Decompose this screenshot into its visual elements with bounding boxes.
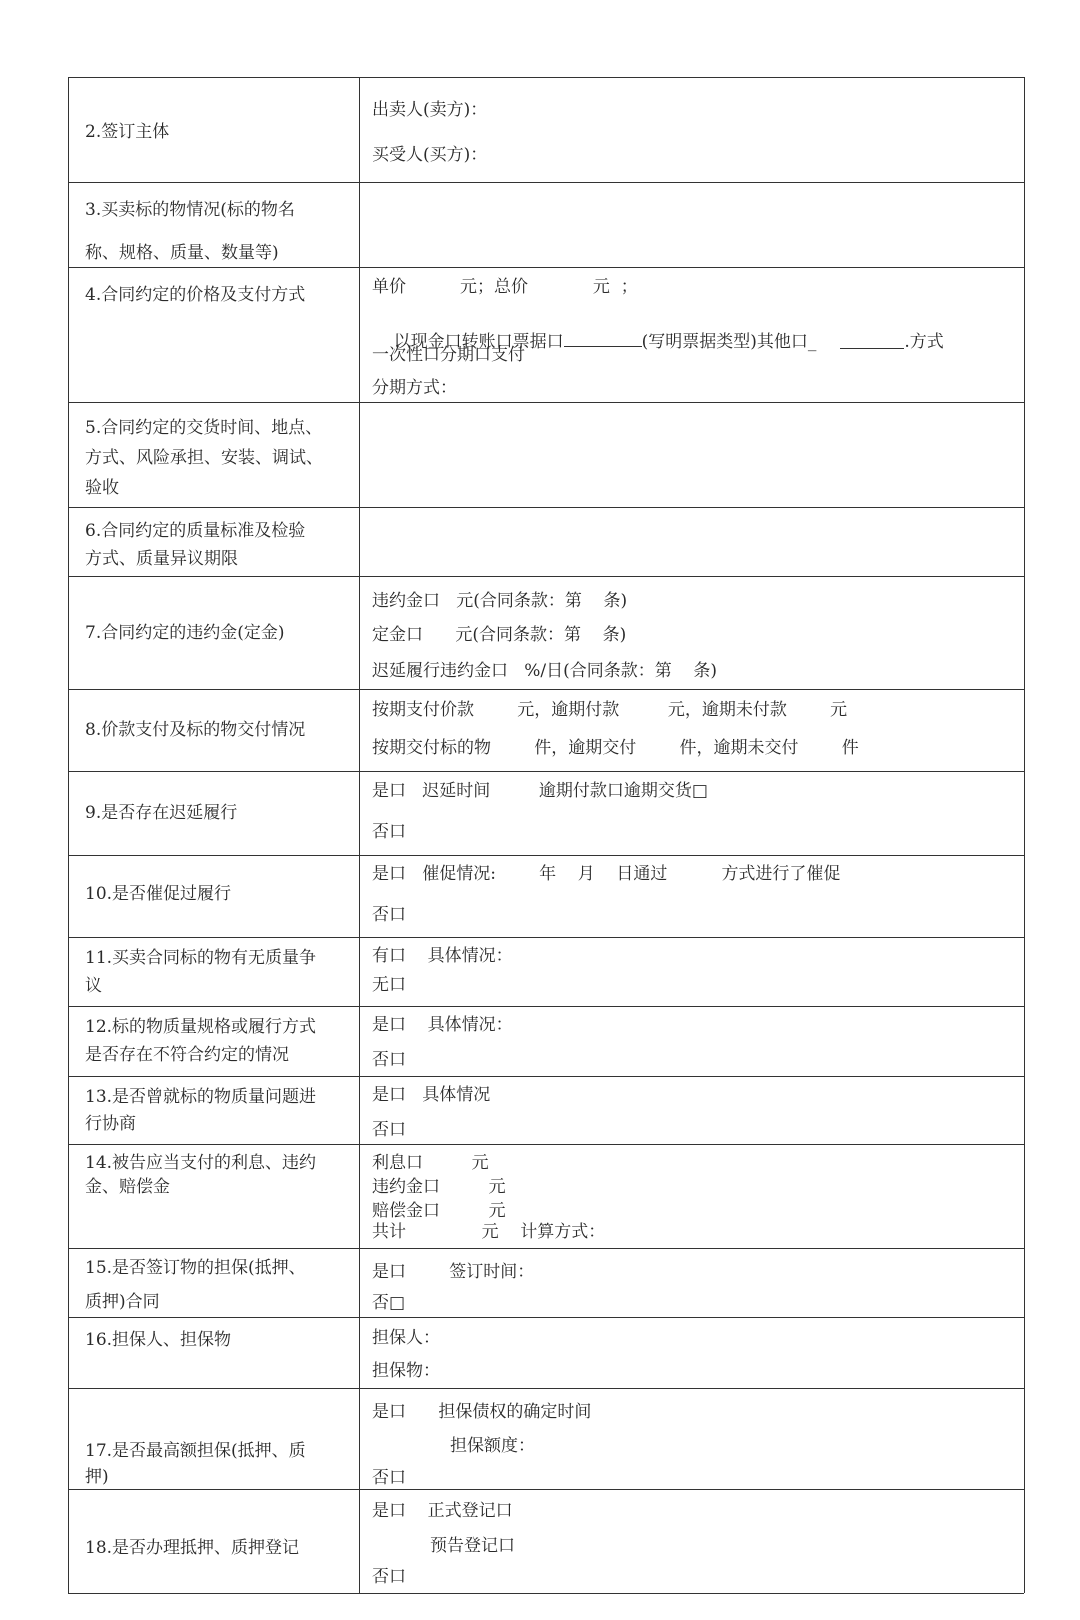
guarantee-yes-option[interactable]: 是口 签订时间： (372, 1262, 534, 1282)
negotiation-no-option[interactable]: 否口 (372, 1120, 406, 1140)
row-label: 称、规格、质量、数量等) (85, 243, 279, 263)
delivery-status-line[interactable]: 按期交付标的物 件，逾期交付 件，逾期未交付 件 (372, 738, 859, 758)
form-page: 2.签订主体 出卖人(卖方)： 买受人(买方)： 3.买卖标的物情况(标的物名 … (0, 0, 1080, 1620)
row-label: 11.买卖合同标的物有无质量争 (85, 948, 316, 968)
row-label: 验收 (85, 478, 119, 498)
bill-type-blank[interactable] (564, 330, 642, 347)
penalty-amount-line[interactable]: 违约金口 元 (372, 1177, 506, 1197)
row-label: 16.担保人、担保物 (85, 1330, 231, 1350)
row-divider (68, 771, 1024, 772)
row-label: 金、赔偿金 (85, 1177, 170, 1197)
row-label: 8.价款支付及标的物交付情况 (85, 720, 305, 740)
row-label: 3.买卖标的物情况(标的物名 (85, 200, 295, 220)
row-label: 9.是否存在迟延履行 (85, 803, 237, 823)
row-label: 方式、质量异议期限 (85, 549, 238, 569)
nonconformity-no-option[interactable]: 否口 (372, 1050, 406, 1070)
row-divider (68, 402, 1024, 403)
interest-line[interactable]: 利息口 元 (372, 1153, 489, 1173)
other-method-blank[interactable]: .方式 (840, 332, 904, 349)
row-label: 7.合同约定的违约金(定金) (85, 623, 284, 643)
row-label: 12.标的物质量规格或履行方式 (85, 1017, 316, 1037)
row-divider (68, 576, 1024, 577)
delay-no-option[interactable]: 否口 (372, 822, 406, 842)
row-divider (68, 507, 1024, 508)
row-label: 押) (85, 1467, 109, 1487)
row-divider (68, 855, 1024, 856)
guarantee-no-option[interactable]: 否□ (372, 1293, 405, 1313)
negotiation-yes-option[interactable]: 是口 具体情况 (372, 1085, 490, 1105)
late-penalty-line[interactable]: 迟延履行违约金口 %/日(合同条款：第 条) (372, 661, 717, 681)
dispute-no-option[interactable]: 无口 (372, 975, 406, 995)
row-label: 方式、风险承担、安装、调试、 (85, 448, 323, 468)
row-divider (68, 1006, 1024, 1007)
total-line[interactable]: 共计 元 计算方式： (372, 1222, 605, 1242)
row-label: 14.被告应当支付的利息、违约 (85, 1153, 316, 1173)
column-divider (359, 77, 360, 1593)
row-divider (68, 1489, 1024, 1490)
subject-matter-field[interactable] (362, 185, 1020, 265)
buyer-field[interactable]: 买受人(买方)： (372, 145, 487, 165)
table-border-bottom (68, 1593, 1024, 1594)
dispute-yes-option[interactable]: 有口 具体情况： (372, 946, 513, 966)
max-guarantee-no-option[interactable]: 否口 (372, 1468, 406, 1488)
payment-options-other[interactable]: (写明票据类型)其他口_ (642, 332, 817, 352)
guarantee-amount-line[interactable]: 担保额度： (450, 1436, 535, 1456)
row-divider (68, 1076, 1024, 1077)
installment-method-line[interactable]: 分期方式： (372, 378, 457, 398)
row-label: 15.是否签订物的担保(抵押、 (85, 1258, 306, 1278)
collateral-field[interactable]: 担保物： (372, 1361, 440, 1381)
price-line[interactable]: 单价 元；总价 元 ； (372, 277, 638, 297)
delay-yes-option[interactable]: 是口 迟延时间 逾期付款口逾期交货□ (372, 781, 708, 801)
row-divider (68, 1388, 1024, 1389)
payment-status-line[interactable]: 按期支付价款 元，逾期付款 元，逾期未付款 元 (372, 700, 847, 720)
seller-field[interactable]: 出卖人(卖方)： (372, 100, 487, 120)
row-label: 议 (85, 976, 102, 996)
row-label: 18.是否办理抵押、质押登记 (85, 1538, 299, 1558)
row-label: 质押)合同 (85, 1292, 160, 1312)
delivery-terms-field[interactable] (362, 405, 1020, 505)
row-divider (68, 689, 1024, 690)
row-divider (68, 267, 1024, 268)
installment-option-line[interactable]: 一次性口分期口支付 (372, 345, 525, 365)
row-divider (68, 937, 1024, 938)
row-divider (68, 1317, 1024, 1318)
row-label: 17.是否最高额担保(抵押、质 (85, 1441, 306, 1461)
nonconformity-yes-option[interactable]: 是口 具体情况： (372, 1015, 513, 1035)
row-label: 行协商 (85, 1114, 136, 1134)
row-label: 2.签订主体 (85, 122, 169, 142)
row-divider (68, 1144, 1024, 1145)
method-suffix: .方式 (904, 332, 943, 352)
registration-no-option[interactable]: 否口 (372, 1567, 406, 1587)
max-guarantee-yes-option[interactable]: 是口 担保债权的确定时间 (372, 1402, 591, 1422)
row-divider (68, 182, 1024, 183)
row-label: 6.合同约定的质量标准及检验 (85, 521, 305, 541)
row-label: 5.合同约定的交货时间、地点、 (85, 418, 322, 438)
penalty-line[interactable]: 违约金口 元(合同条款：第 条) (372, 591, 627, 611)
quality-standard-field[interactable] (362, 510, 1020, 574)
row-label: 4.合同约定的价格及支付方式 (85, 285, 305, 305)
row-label: 13.是否曾就标的物质量问题进 (85, 1087, 316, 1107)
row-label: 10.是否催促过履行 (85, 884, 231, 904)
table-border-top (68, 77, 1024, 78)
preliminary-registration-option[interactable]: 预告登记口 (430, 1536, 515, 1556)
urge-yes-option[interactable]: 是口 催促情况: 年 月 日通过 方式进行了催促 (372, 864, 840, 884)
row-label: 是否存在不符合约定的情况 (85, 1045, 289, 1065)
urge-no-option[interactable]: 否口 (372, 905, 406, 925)
compensation-line[interactable]: 赔偿金口 元 (372, 1201, 506, 1221)
registration-yes-option[interactable]: 是口 正式登记口 (372, 1501, 513, 1521)
row-divider (68, 1248, 1024, 1249)
table-border-left (68, 77, 69, 1593)
table-border-right (1024, 77, 1025, 1593)
deposit-line[interactable]: 定金口 元(合同条款：第 条) (372, 625, 626, 645)
guarantor-field[interactable]: 担保人： (372, 1328, 440, 1348)
